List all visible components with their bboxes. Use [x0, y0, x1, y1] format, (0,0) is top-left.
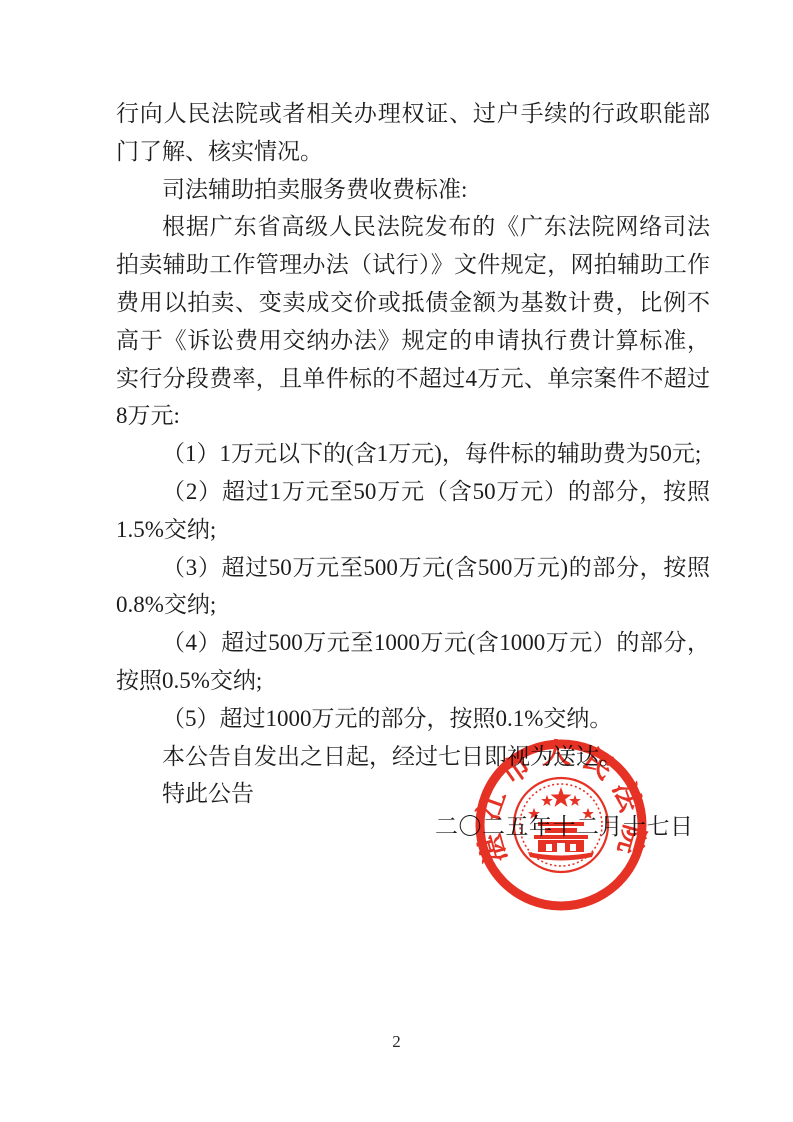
- fee-tier-item-1: （1）1万元以下的(含1万元)，每件标的辅助费为50元;: [116, 435, 710, 473]
- body-paragraph: 行向人民法院或者相关办理权证、过户手续的行政职能部门了解、核实情况。: [116, 95, 710, 171]
- court-seal: 湛江市人民法院: [461, 725, 661, 925]
- emblem-gate-doors-icon: [546, 843, 576, 852]
- document-body: 行向人民法院或者相关办理权证、过户手续的行政职能部门了解、核实情况。 司法辅助拍…: [116, 95, 710, 813]
- fee-tier-item-3: （3）超过50万元至500万元(含500万元)的部分，按照0.8%交纳;: [116, 549, 710, 625]
- emblem-gate-icon: [528, 822, 594, 861]
- document-page: 行向人民法院或者相关办理权证、过户手续的行政职能部门了解、核实情况。 司法辅助拍…: [0, 0, 793, 1122]
- page-number: 2: [0, 1032, 793, 1052]
- fee-tier-item-2: （2）超过1万元至50万元（含50万元）的部分，按照1.5%交纳;: [116, 473, 710, 549]
- fee-tier-item-4: （4）超过500万元至1000万元(含1000万元）的部分，按照0.5%交纳;: [116, 624, 710, 700]
- body-paragraph: 司法辅助拍卖服务费收费标准:: [116, 171, 710, 209]
- body-paragraph: 根据广东省高级人民法院发布的《广东法院网络司法拍卖辅助工作管理办法（试行）》文件…: [116, 208, 710, 435]
